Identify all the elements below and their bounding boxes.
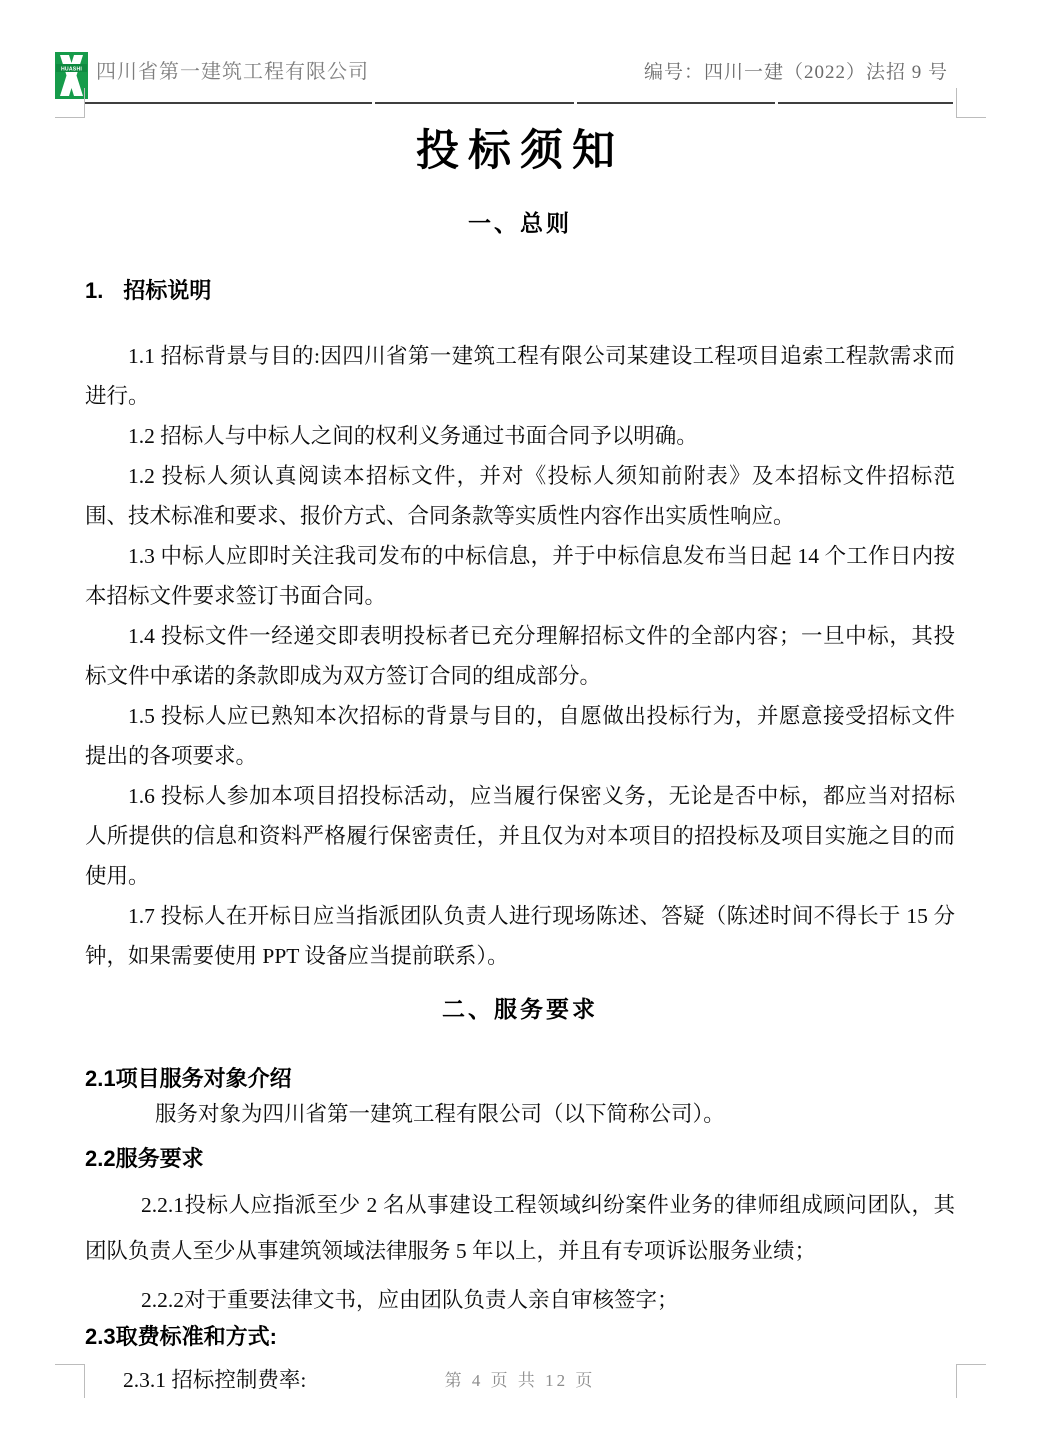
paragraph-2-2-2: 2.2.2对于重要法律文书，应由团队负责人亲自审核签字； [85, 1280, 955, 1320]
paragraph-1-7: 1.7 投标人在开标日应当指派团队负责人进行现场陈述、答疑（陈述时间不得长于 1… [85, 896, 955, 976]
paragraph-1-2b: 1.2 投标人须认真阅读本招标文件，并对《投标人须知前附表》及本招标文件招标范围… [85, 456, 955, 536]
section2-heading: 二、服务要求 [85, 994, 955, 1024]
page-number-footer: 第 4 页 共 12 页 [0, 1366, 1040, 1391]
crop-mark-top-right [956, 117, 986, 118]
clause-2-1-heading: 2.1项目服务对象介绍 [85, 1064, 955, 1094]
clause-1-heading: 1.招标说明 [85, 276, 955, 306]
document-title: 投标须知 [85, 126, 955, 176]
clause-1-number: 1. [85, 276, 103, 306]
paragraph-1-6: 1.6 投标人参加本项目招投标活动，应当履行保密义务，无论是否中标，都应当对招标… [85, 776, 955, 896]
header-rule-segment [778, 102, 953, 104]
section1-heading: 一、总则 [85, 208, 955, 238]
paragraph-2-2-1: 2.2.1投标人应指派至少 2 名从事建设工程领域纠纷案件业务的律师组成顾问团队… [85, 1182, 955, 1274]
crop-mark-top-left [84, 88, 85, 118]
header-rule-segment [375, 102, 574, 104]
logo-text: HUASHI [61, 66, 82, 72]
document-page: HUASHI 四川省第一建筑工程有限公司 编号：四川一建（2022）法招 9 号… [0, 0, 1040, 1444]
clause-1-title: 招标说明 [123, 278, 211, 303]
header-doc-number: 编号：四川一建（2022）法招 9 号 [644, 60, 948, 86]
paragraph-1-2a: 1.2 招标人与中标人之间的权利义务通过书面合同予以明确。 [85, 416, 955, 456]
header-rule-segment [577, 102, 775, 104]
paragraph-1-3: 1.3 中标人应即时关注我司发布的中标信息，并于中标信息发布当日起 14 个工作… [85, 536, 955, 616]
crop-mark-top-left [55, 117, 85, 118]
crop-mark-top-right [956, 88, 957, 118]
paragraph-2-1: 服务对象为四川省第一建筑工程有限公司（以下简称公司）。 [85, 1094, 955, 1134]
header-rule-segment [85, 102, 372, 104]
document-body: 投标须知 一、总则 1.招标说明 1.1 招标背景与目的:因四川省第一建筑工程有… [85, 118, 955, 1400]
crop-mark-bottom-right [956, 1364, 986, 1365]
paragraph-1-1: 1.1 招标背景与目的:因四川省第一建筑工程有限公司某建设工程项目追索工程款需求… [85, 336, 955, 416]
paragraph-1-4: 1.4 投标文件一经递交即表明投标者已充分理解招标文件的全部内容；一旦中标，其投… [85, 616, 955, 696]
clause-2-3-heading: 2.3取费标准和方式: [85, 1322, 955, 1352]
paragraph-1-5: 1.5 投标人应已熟知本次招标的背景与目的，自愿做出投标行为，并愿意接受招标文件… [85, 696, 955, 776]
header-company-name: 四川省第一建筑工程有限公司 [96, 58, 369, 86]
clause-2-2-heading: 2.2服务要求 [85, 1144, 955, 1174]
crop-mark-bottom-left [55, 1364, 85, 1365]
